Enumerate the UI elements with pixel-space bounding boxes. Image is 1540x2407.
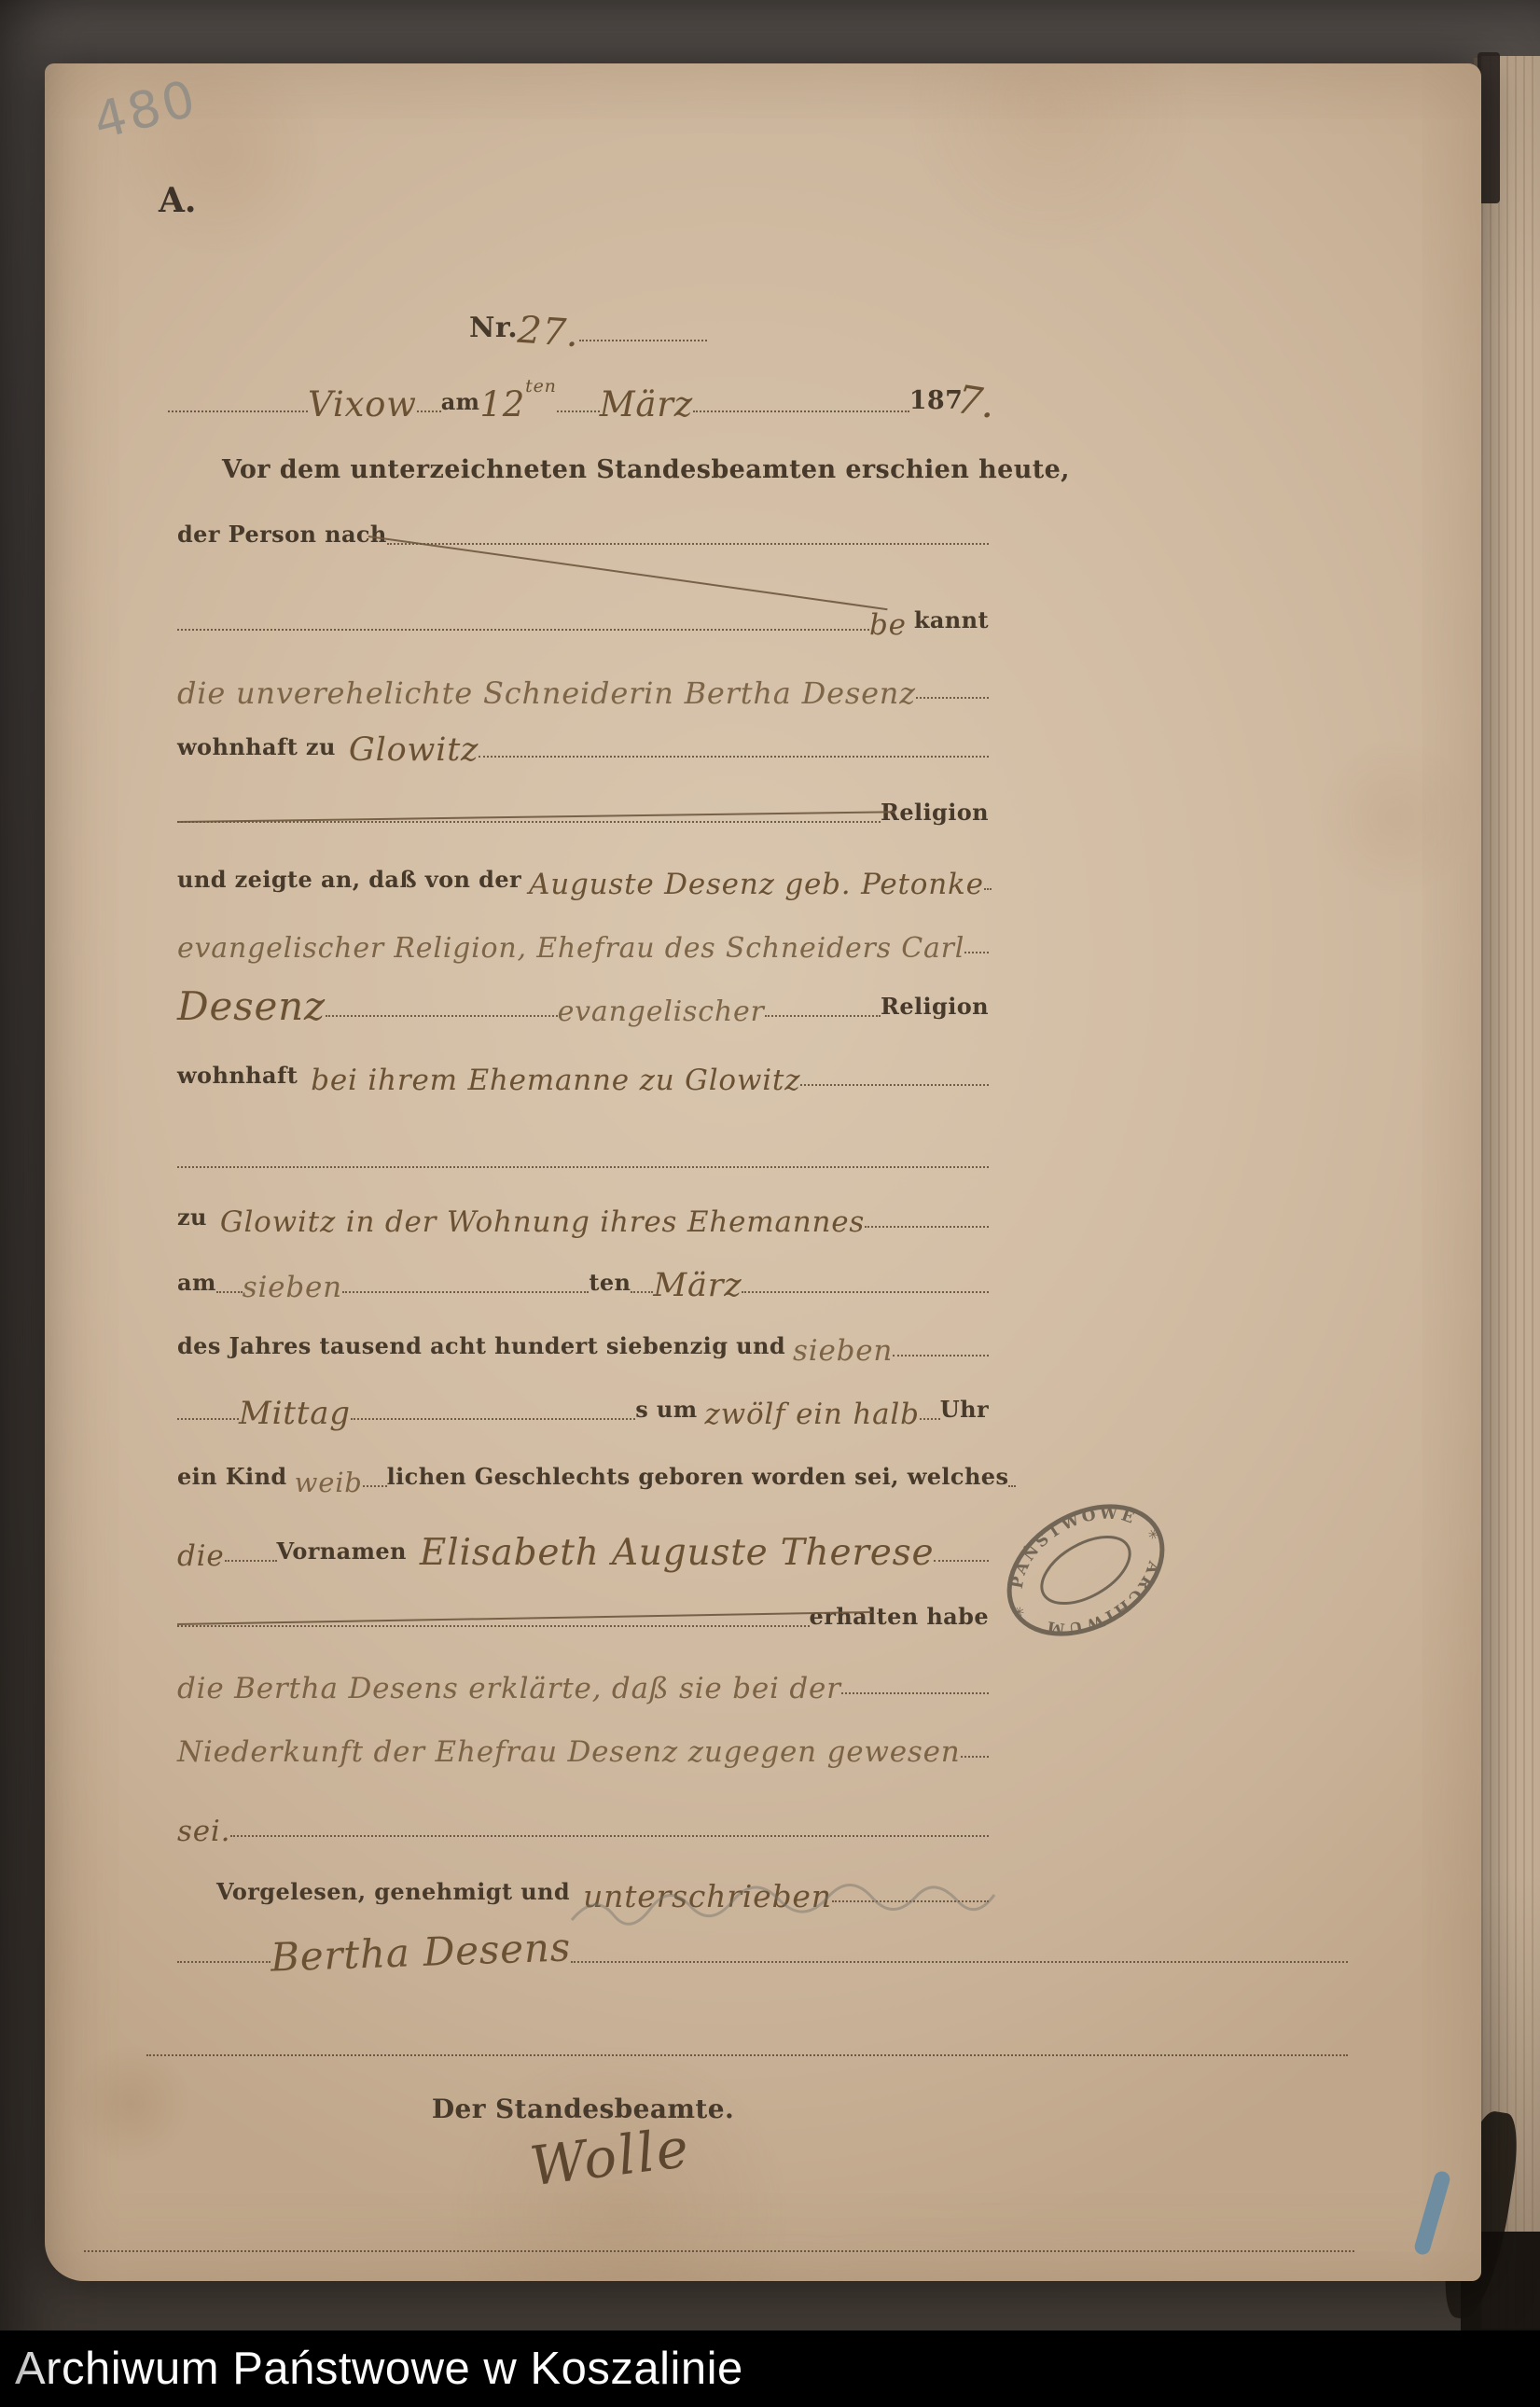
scanned-register-page: 480 A. Nr. 27. Vixow am 12 ten März 187 … xyxy=(0,0,1540,2407)
father-religion: evangelischer xyxy=(558,998,765,1026)
dotted-line xyxy=(479,756,989,758)
record-number-line: Nr. 27. xyxy=(469,295,707,349)
birth-place: Glowitz in der Wohnung ihres Ehemannes xyxy=(220,1208,865,1237)
dotted-line xyxy=(920,1418,940,1420)
kind-suffix: lichen Geschlechts geboren worden sei, w… xyxy=(387,1466,1009,1495)
blank-dotted-line2 xyxy=(146,2015,1348,2064)
dotted-line xyxy=(177,629,869,631)
mother-detail-line: evangelischer Religion, Ehefrau des Schn… xyxy=(177,912,989,961)
bekannt-written: be xyxy=(869,611,907,640)
year-word: sieben xyxy=(793,1337,893,1366)
blank-dotted-line xyxy=(177,1127,989,1176)
time-prefix: Mittag xyxy=(239,1398,351,1429)
dotted-line xyxy=(893,1355,989,1357)
ten-label: ten xyxy=(589,1272,631,1301)
intro-text: Vor dem unterzeichneten Standesbeamten e… xyxy=(222,457,1070,489)
stamp-star-left: ✳ xyxy=(1011,1604,1028,1622)
birth-time-line: Mittag s um zwölf ein halb Uhr xyxy=(177,1379,989,1427)
s-um-label: s um xyxy=(635,1398,697,1427)
archive-watermark-label: Archiwum Państwowe w Koszalinie xyxy=(15,2343,743,2395)
residence-line: wohnhaft zu Glowitz xyxy=(177,717,989,765)
witness-line2: Niederkunft der Ehefrau Desenz zugegen g… xyxy=(177,1717,989,1765)
dotted-line xyxy=(984,888,992,890)
mother-detail: evangelischer Religion, Ehefrau des Schn… xyxy=(177,935,964,963)
dotted-line xyxy=(177,1418,239,1420)
dotted-line xyxy=(1008,1485,1016,1487)
mother-name: Auguste Desenz geb. Petonke xyxy=(529,870,984,899)
dotted-line xyxy=(225,1560,277,1562)
dotted-line xyxy=(865,1226,989,1228)
day-value: 12 xyxy=(479,387,525,422)
family-residence-line: wohnhaft bei ihrem Ehemanne zu Glowitz xyxy=(177,1045,989,1093)
declarant-name: die unverehelichte Schneiderin Bertha De… xyxy=(177,678,916,708)
dotted-line xyxy=(168,410,308,412)
witness-line3: sei. xyxy=(177,1796,989,1844)
date-line: Vixow am 12 ten März 187 7. xyxy=(168,360,996,420)
dotted-line xyxy=(230,1835,989,1837)
year-written: 7. xyxy=(954,380,999,424)
dotted-line xyxy=(841,1692,989,1694)
am-label2: am xyxy=(177,1272,216,1301)
closing-printed: Vorgelesen, genehmigt und xyxy=(216,1881,570,1910)
nr-label: Nr. xyxy=(469,314,518,349)
religion2-label: Religion xyxy=(881,995,989,1024)
erhalten-label: erhalten habe xyxy=(810,1606,989,1635)
religion-label: Religion xyxy=(881,801,989,830)
announce-label: und zeigte an, daß von der xyxy=(177,869,521,897)
dotted-line xyxy=(765,1015,881,1017)
registrar-label-line: Der Standesbeamte. xyxy=(177,2080,989,2129)
blue-pen-mark xyxy=(1413,2169,1452,2256)
bottom-dotted-line xyxy=(84,2211,1354,2260)
dotted-line xyxy=(916,697,989,699)
vornamen-label: Vornamen xyxy=(277,1540,407,1569)
section-letter: A. xyxy=(159,181,196,220)
month-value: März xyxy=(600,387,693,422)
dotted-line xyxy=(387,543,989,545)
dotted-line xyxy=(342,1291,590,1293)
dotted-line xyxy=(964,952,989,953)
birth-day: sieben xyxy=(243,1273,342,1302)
dotted-line xyxy=(631,1291,653,1293)
intro-line: Vor dem unterzeichneten Standesbeamten e… xyxy=(222,440,894,489)
father-line: Desenz evangelischer Religion xyxy=(177,976,989,1024)
dotted-line xyxy=(84,2250,1354,2252)
am-label: am xyxy=(441,391,480,420)
dotted-line xyxy=(177,1961,271,1963)
uhr-label: Uhr xyxy=(940,1398,989,1427)
person-nach-label: der Person nach xyxy=(177,523,387,552)
announce-line: und zeigte an, daß von der Auguste Desen… xyxy=(177,849,989,897)
wohnhaft-zu-label: wohnhaft zu xyxy=(177,736,336,765)
residence-value: Glowitz xyxy=(349,734,479,767)
child-names-line: die Vornamen Elisabeth Auguste Therese xyxy=(177,1513,989,1569)
birth-place-line: zu Glowitz in der Wohnung ihres Ehemanne… xyxy=(177,1187,989,1235)
dotted-line xyxy=(146,2054,1348,2056)
gender-line: ein Kind weib lichen Geschlechts geboren… xyxy=(177,1446,989,1495)
dotted-line xyxy=(961,1756,990,1758)
birth-year-line: des Jahres tausend acht hundert siebenzi… xyxy=(177,1315,989,1364)
pencil-folio-number: 480 xyxy=(88,68,203,150)
child-names: Elisabeth Auguste Therese xyxy=(420,1535,934,1571)
dotted-line xyxy=(557,410,600,412)
zu-label: zu xyxy=(177,1206,207,1235)
witness-text1: die Bertha Desens erklärte, daß sie bei … xyxy=(177,1675,841,1704)
book-page-edges xyxy=(1481,56,1540,2329)
day-suffix: ten xyxy=(525,378,557,396)
gender-value: weib xyxy=(295,1469,363,1496)
year-phrase: des Jahres tausend acht hundert siebenzi… xyxy=(177,1335,785,1364)
birth-month: März xyxy=(653,1270,742,1302)
witness-text2: Niederkunft der Ehefrau Desenz zugegen g… xyxy=(177,1738,961,1767)
die-written: die xyxy=(177,1542,225,1571)
kind-prefix: ein Kind xyxy=(177,1466,287,1495)
wohnhaft-label: wohnhaft xyxy=(177,1064,298,1093)
dotted-line xyxy=(351,1418,635,1420)
dotted-line xyxy=(177,1166,989,1168)
declarant-signature-line: Bertha Desens xyxy=(177,1909,1348,1970)
birth-day-line: am sieben ten März xyxy=(177,1252,989,1301)
father-surname: Desenz xyxy=(177,987,326,1026)
dotted-line xyxy=(579,340,707,341)
declarant-signature: Bertha Desens xyxy=(270,1927,571,1977)
religion-line: Religion xyxy=(177,782,989,830)
place-value: Vixow xyxy=(308,387,417,422)
document-page: 480 A. Nr. 27. Vixow am 12 ten März 187 … xyxy=(45,63,1481,2281)
stamp-text-bottom: ARCHIWUM xyxy=(1035,1551,1177,1657)
declarant-line: die unverehelichte Schneiderin Bertha De… xyxy=(177,658,989,706)
time-value: zwölf ein halb xyxy=(705,1400,920,1429)
erhalten-line: erhalten habe xyxy=(177,1586,989,1635)
witness-text3: sei. xyxy=(177,1817,230,1846)
registrar-label: Der Standesbeamte. xyxy=(432,2096,734,2129)
dotted-line xyxy=(571,1961,1348,1963)
dotted-line xyxy=(177,1625,810,1627)
dotted-line xyxy=(216,1291,243,1293)
dotted-line xyxy=(742,1291,989,1293)
archive-watermark-bar: Archiwum Państwowe w Koszalinie xyxy=(0,2330,1540,2407)
dotted-line xyxy=(417,410,441,412)
person-nach-line: der Person nach xyxy=(177,504,989,552)
svg-text:ARCHIWUM: ARCHIWUM xyxy=(1035,1551,1177,1657)
bekannt-line: be kannt xyxy=(177,590,989,638)
witness-line1: die Bertha Desens erklärte, daß sie bei … xyxy=(177,1653,989,1702)
nr-value: 27. xyxy=(517,312,581,354)
dotted-line xyxy=(326,1015,558,1017)
dotted-line xyxy=(693,410,909,412)
bekannt-printed: kannt xyxy=(914,609,989,638)
dotted-line xyxy=(800,1084,989,1086)
family-residence: bei ihrem Ehemanne zu Glowitz xyxy=(311,1066,800,1095)
dotted-line xyxy=(363,1485,387,1487)
